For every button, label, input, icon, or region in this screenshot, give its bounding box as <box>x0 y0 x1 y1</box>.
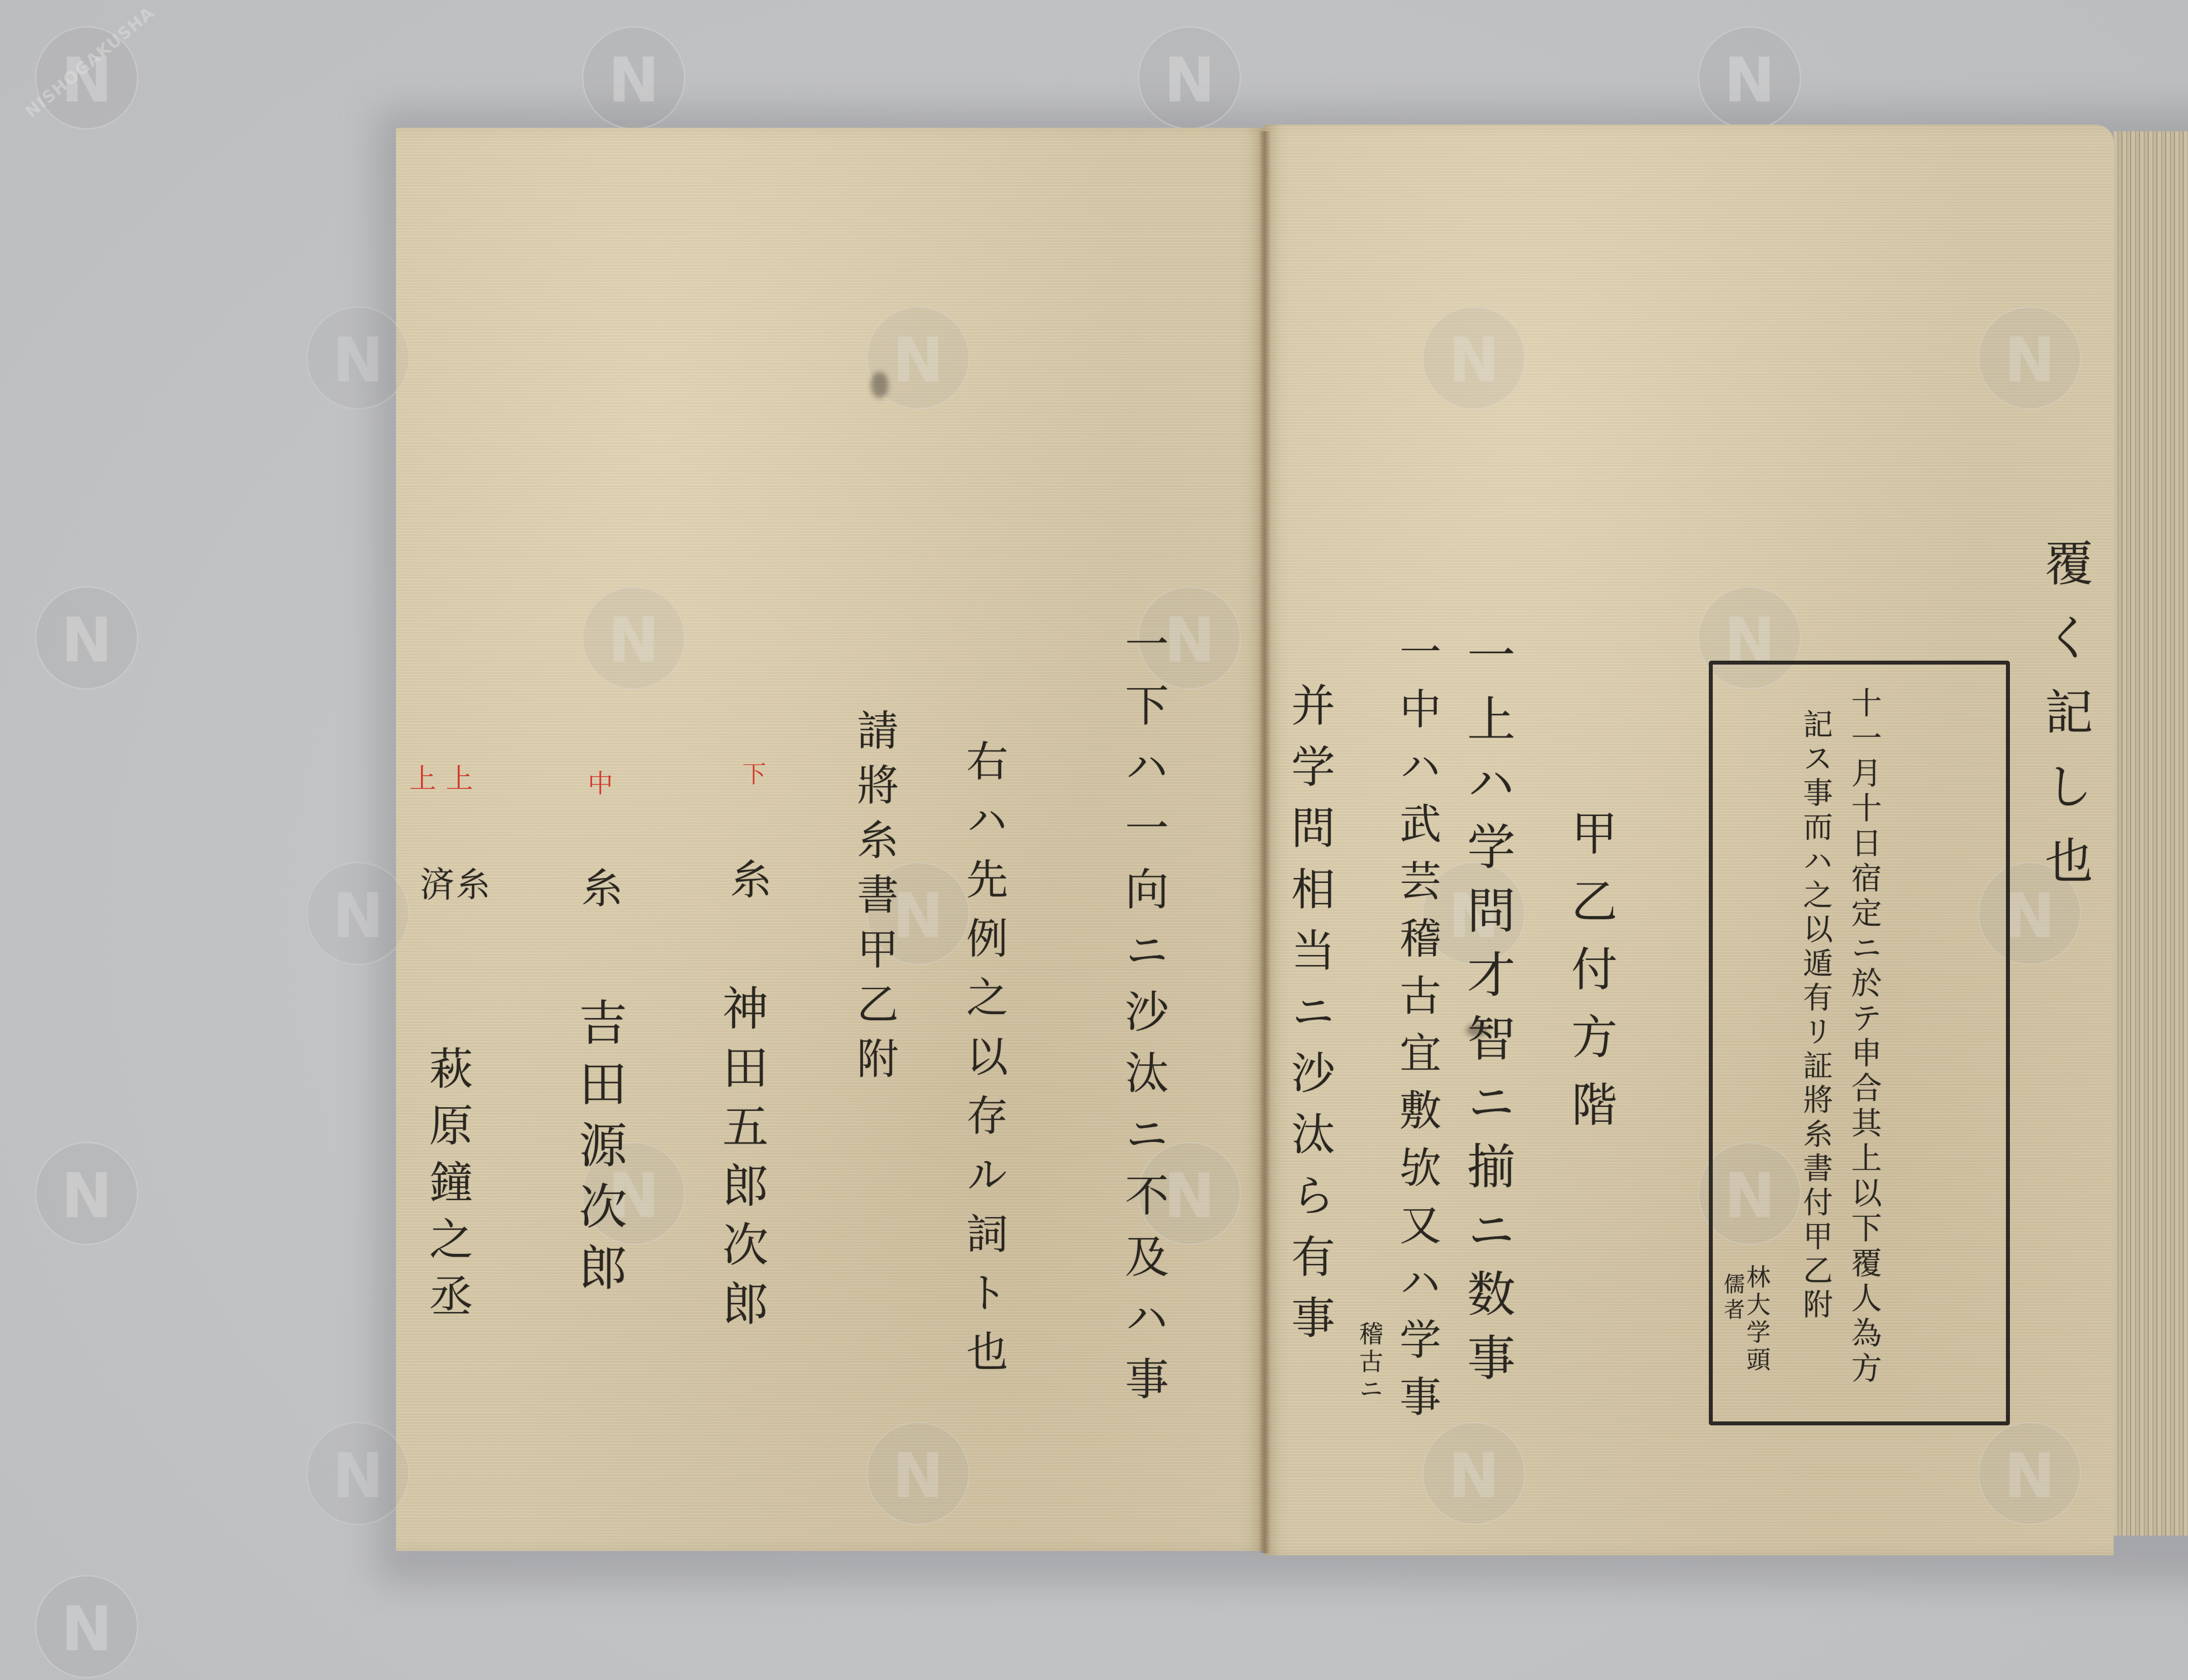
student-name-high: 萩原鐘之丞 <box>416 1046 479 1330</box>
book-gutter <box>1259 131 1270 1553</box>
grade-mark-high: 上上 <box>409 757 483 796</box>
watermark-logo-icon <box>582 26 685 129</box>
watermark-logo-icon <box>1422 306 1525 409</box>
watermark-logo-icon <box>1978 306 2081 409</box>
right-page-item-1: 一上ハ学問才智ニ揃ニ数事 <box>1453 630 1522 1396</box>
student-name-low: 神田五郎次郎 <box>709 984 775 1339</box>
boxed-notice-signature-2: 儒者 <box>1718 1273 1748 1324</box>
grade-rank-low: 糸 <box>718 857 777 917</box>
right-page-item-2: 一中ハ武芸稽古宜敷欤又ハ学事 <box>1387 630 1447 1432</box>
watermark-logo-icon <box>1978 1422 2081 1525</box>
grade-mark-middle: 中 <box>580 770 617 813</box>
left-page-note-2: 請將糸書甲乙附 <box>845 709 904 1092</box>
watermark-logo-icon <box>35 586 138 689</box>
watermark-logo-icon <box>1138 26 1241 129</box>
boxed-notice-line-1: 十一月十日宿定ニ於テ申合其上以下覆人為方 <box>1842 687 1886 1387</box>
grade-rank-middle: 糸 <box>569 866 628 925</box>
grade-rank-high: 済糸 <box>420 857 492 906</box>
right-page-heading: 甲乙付方階 <box>1558 809 1624 1148</box>
watermark-logo-icon <box>35 1142 138 1245</box>
watermark-logo-icon <box>866 1422 970 1525</box>
left-page-note-1: 右ハ先例之以存ル詞ト也 <box>954 739 1013 1389</box>
right-page-item-3: 并学問相当ニ沙汰ら有事 <box>1278 682 1341 1356</box>
watermark-logo-icon <box>306 1422 410 1525</box>
grade-mark-low: 下 <box>735 761 770 803</box>
watermark-logo-icon <box>306 306 410 409</box>
ink-stain <box>871 372 888 398</box>
left-page-item-4: 一下ハ一向ニ沙汰ニ不及ハ事 <box>1112 621 1175 1417</box>
page-block-edge <box>2114 131 2188 1536</box>
watermark-logo-icon <box>1422 1422 1525 1525</box>
watermark-logo-icon <box>306 862 410 965</box>
watermark-logo-icon <box>1698 26 1801 129</box>
right-page-title: 覆く記し也 <box>2030 538 2100 910</box>
student-name-middle: 吉田源次郎 <box>565 997 634 1304</box>
watermark-logo-icon <box>35 1575 138 1678</box>
boxed-notice-line-2: 記ス事而ハ之以遁有リ証將糸書付甲乙附 <box>1794 709 1837 1323</box>
watermark-logo-icon <box>582 586 685 689</box>
right-page-item-2-note: 稽古ニ <box>1352 1321 1387 1404</box>
